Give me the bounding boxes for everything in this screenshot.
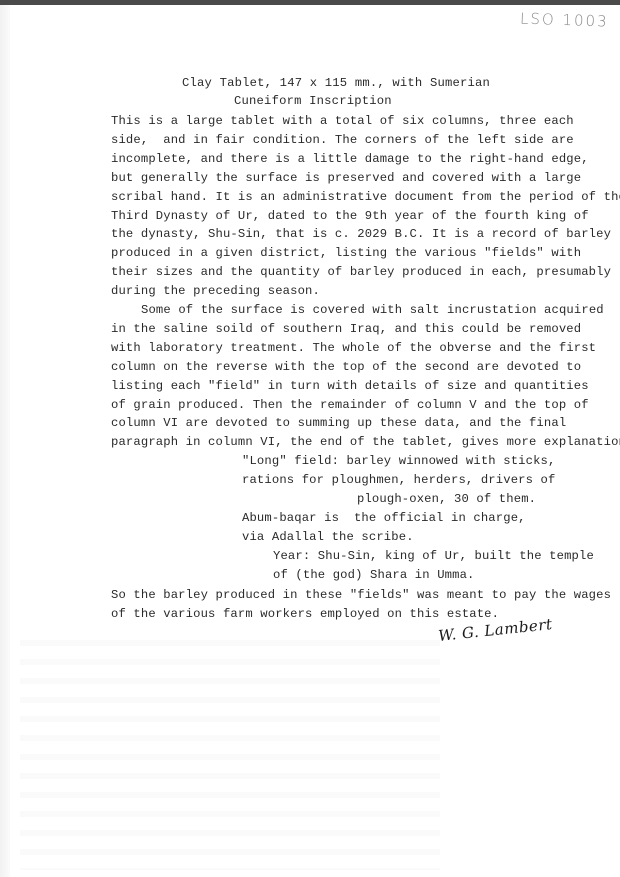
title-line-2: Cuneiform Inscription — [234, 94, 392, 108]
body-line: plough-oxen, 30 of them. — [357, 490, 536, 508]
body-line: but generally the surface is preserved a… — [111, 169, 581, 187]
body-line: paragraph in column VI, the end of the t… — [111, 433, 620, 451]
body-line: of grain produced. Then the remainder of… — [111, 396, 589, 414]
body-line: Some of the surface is covered with salt… — [141, 301, 604, 319]
body-line: their sizes and the quantity of barley p… — [111, 263, 611, 281]
scan-top-border — [0, 0, 620, 5]
body-line: scribal hand. It is an administrative do… — [111, 188, 620, 206]
title-line-1: Clay Tablet, 147 x 115 mm., with Sumeria… — [182, 76, 490, 90]
body-line: listing each "field" in turn with detail… — [111, 377, 589, 395]
reference-number: LSO 1003 — [520, 9, 609, 30]
body-line: of the various farm workers employed on … — [111, 605, 499, 623]
body-line: via Adallal the scribe. — [242, 528, 414, 546]
paper-bleed-through — [20, 640, 440, 870]
body-line: So the barley produced in these "fields"… — [111, 586, 611, 604]
body-line: with laboratory treatment. The whole of … — [111, 339, 596, 357]
body-line: in the saline soild of southern Iraq, an… — [111, 320, 581, 338]
body-line: "Long" field: barley winnowed with stick… — [242, 452, 555, 470]
body-line: column VI are devoted to summing up thes… — [111, 414, 566, 432]
scan-left-edge — [0, 5, 10, 877]
body-line: during the preceding season. — [111, 282, 320, 300]
body-line: side, and in fair condition. The corners… — [111, 131, 574, 149]
body-line: This is a large tablet with a total of s… — [111, 112, 574, 130]
body-line: the dynasty, Shu-Sin, that is c. 2029 B.… — [111, 225, 611, 243]
body-line: Abum-baqar is the official in charge, — [242, 509, 526, 527]
body-line: incomplete, and there is a little damage… — [111, 150, 589, 168]
body-line: column on the reverse with the top of th… — [111, 358, 581, 376]
body-line: of (the god) Shara in Umma. — [273, 566, 475, 584]
body-line: rations for ploughmen, herders, drivers … — [242, 471, 555, 489]
body-line: Year: Shu-Sin, king of Ur, built the tem… — [273, 547, 594, 565]
body-line: Third Dynasty of Ur, dated to the 9th ye… — [111, 207, 589, 225]
body-line: produced in a given district, listing th… — [111, 244, 581, 262]
